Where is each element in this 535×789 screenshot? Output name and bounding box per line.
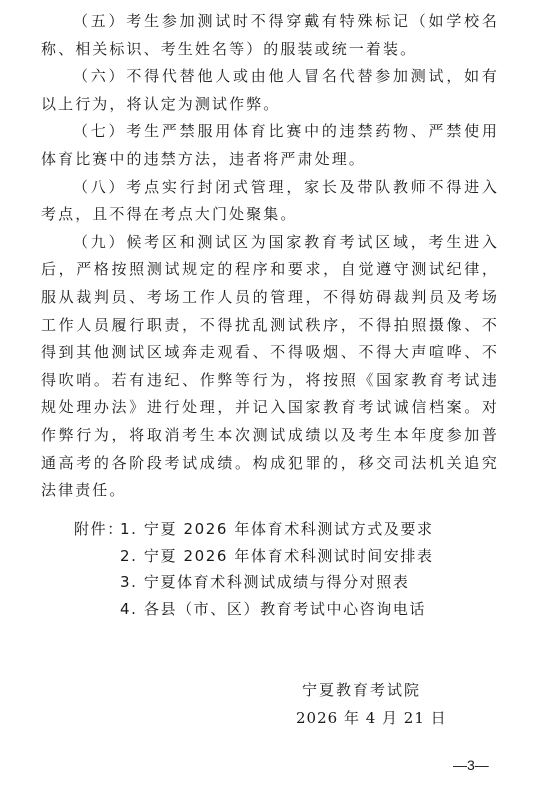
- attachment-item-4: 4. 各县（市、区）教育考试中心咨询电话: [120, 596, 426, 623]
- attachment-item-1: 1. 宁夏 2026 年体育术科测试方式及要求: [120, 516, 434, 543]
- attachments-list: 附件： 1. 宁夏 2026 年体育术科测试方式及要求 2. 宁夏 2026 年…: [74, 516, 494, 622]
- paragraph-item-7: （七）考生严禁服用体育比赛中的违禁药物、严禁使用体育比赛中的违禁方法，违者将严肃…: [41, 118, 499, 173]
- signature-date: 2026 年 4 月 21 日: [296, 707, 447, 728]
- attachment-row: 4. 各县（市、区）教育考试中心咨询电话: [74, 596, 494, 623]
- attachment-row: 2. 宁夏 2026 年体育术科测试时间安排表: [74, 543, 494, 570]
- attachment-item-3: 3. 宁夏体育术科测试成绩与得分对照表: [120, 569, 409, 596]
- attachments-label: 附件：: [74, 516, 124, 543]
- paragraph-item-8: （八）考点实行封闭式管理，家长及带队教师不得进入考点，且不得在考点大门处聚集。: [41, 174, 499, 229]
- attachment-row: 3. 宁夏体育术科测试成绩与得分对照表: [74, 569, 494, 596]
- attachment-row: 附件： 1. 宁夏 2026 年体育术科测试方式及要求: [74, 516, 494, 543]
- page-number: —3—: [453, 757, 489, 773]
- document-body: （五）考生参加测试时不得穿戴有特殊标记（如学校名称、相关标识、考生姓名等）的服装…: [41, 8, 499, 505]
- paragraph-item-9: （九）候考区和测试区为国家教育考试区域，考生进入后，严格按照测试规定的程序和要求…: [41, 229, 499, 505]
- attachment-item-2: 2. 宁夏 2026 年体育术科测试时间安排表: [120, 543, 434, 570]
- signature-organization: 宁夏教育考试院: [302, 679, 421, 700]
- paragraph-item-5: （五）考生参加测试时不得穿戴有特殊标记（如学校名称、相关标识、考生姓名等）的服装…: [41, 8, 499, 63]
- document-page: （五）考生参加测试时不得穿戴有特殊标记（如学校名称、相关标识、考生姓名等）的服装…: [0, 0, 535, 789]
- paragraph-item-6: （六）不得代替他人或由他人冒名代替参加测试，如有以上行为，将认定为测试作弊。: [41, 63, 499, 118]
